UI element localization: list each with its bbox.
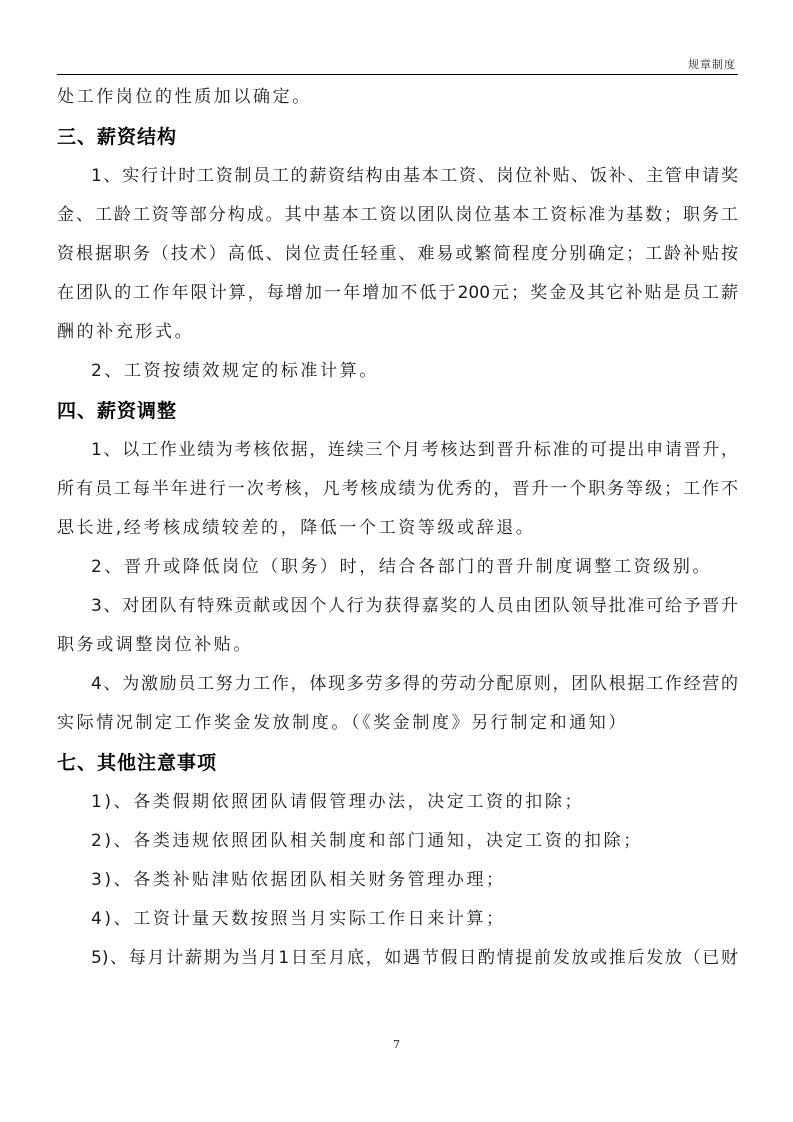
section-heading-salary-adjustment: 四、薪资调整	[57, 391, 738, 431]
list-item: 3)、各类补贴津贴依据团队相关财务管理办理；	[57, 861, 738, 900]
paragraph-continuation: 处工作岗位的性质加以确定。	[57, 78, 738, 117]
paragraph-line: 3、对团队有特殊贡献或因个人行为获得嘉奖的人员由团队领导批准可给予晋升	[57, 587, 738, 626]
paragraph-line: 4、为激励员工努力工作，体现多劳多得的劳动分配原则，团队根据工作经营的	[57, 665, 738, 704]
paragraph-line: 1、以工作业绩为考核依据，连续三个月考核达到晋升标准的可提出申请晋升，	[57, 431, 738, 470]
page-number: 7	[0, 1038, 793, 1051]
list-item: 4)、工资计量天数按照当月实际工作日来计算；	[57, 900, 738, 939]
paragraph-line: 资根据职务（技术）高低、岗位责任轻重、难易或繁简程度分别确定；工龄补贴按	[57, 235, 738, 274]
page-header: 规章制度	[57, 54, 738, 75]
paragraph-line: 金、工龄工资等部分构成。其中基本工资以团队岗位基本工资标准为基数；职务工	[57, 196, 738, 235]
list-item: 5)、每月计薪期为当月1日至月底，如遇节假日酌情提前发放或推后发放（已财	[57, 939, 738, 978]
section-heading-salary-structure: 三、薪资结构	[57, 117, 738, 157]
paragraph-line: 2、工资按绩效规定的标准计算。	[57, 352, 738, 391]
header-title: 规章制度	[688, 56, 736, 72]
list-item: 1)、各类假期依照团队请假管理办法，决定工资的扣除；	[57, 783, 738, 822]
document-body: 处工作岗位的性质加以确定。 三、薪资结构 1、实行计时工资制员工的薪资结构由基本…	[57, 78, 738, 978]
paragraph-line: 职务或调整岗位补贴。	[57, 626, 738, 665]
paragraph-line: 思长进,经考核成绩较差的，降低一个工资等级或辞退。	[57, 509, 738, 548]
list-item: 2)、各类违规依照团队相关制度和部门通知，决定工资的扣除；	[57, 822, 738, 861]
paragraph-line: 在团队的工作年限计算，每增加一年增加不低于200元；奖金及其它补贴是员工薪	[57, 274, 738, 313]
paragraph-line: 1、实行计时工资制员工的薪资结构由基本工资、岗位补贴、饭补、主管申请奖	[57, 157, 738, 196]
paragraph-line: 实际情况制定工作奖金发放制度。（《奖金制度》另行制定和通知）	[57, 704, 738, 743]
section-heading-other-notes: 七、其他注意事项	[57, 743, 738, 783]
paragraph-line: 酬的补充形式。	[57, 313, 738, 352]
paragraph-line: 2、晋升或降低岗位（职务）时，结合各部门的晋升制度调整工资级别。	[57, 548, 738, 587]
paragraph-line: 所有员工每半年进行一次考核，凡考核成绩为优秀的，晋升一个职务等级；工作不	[57, 470, 738, 509]
